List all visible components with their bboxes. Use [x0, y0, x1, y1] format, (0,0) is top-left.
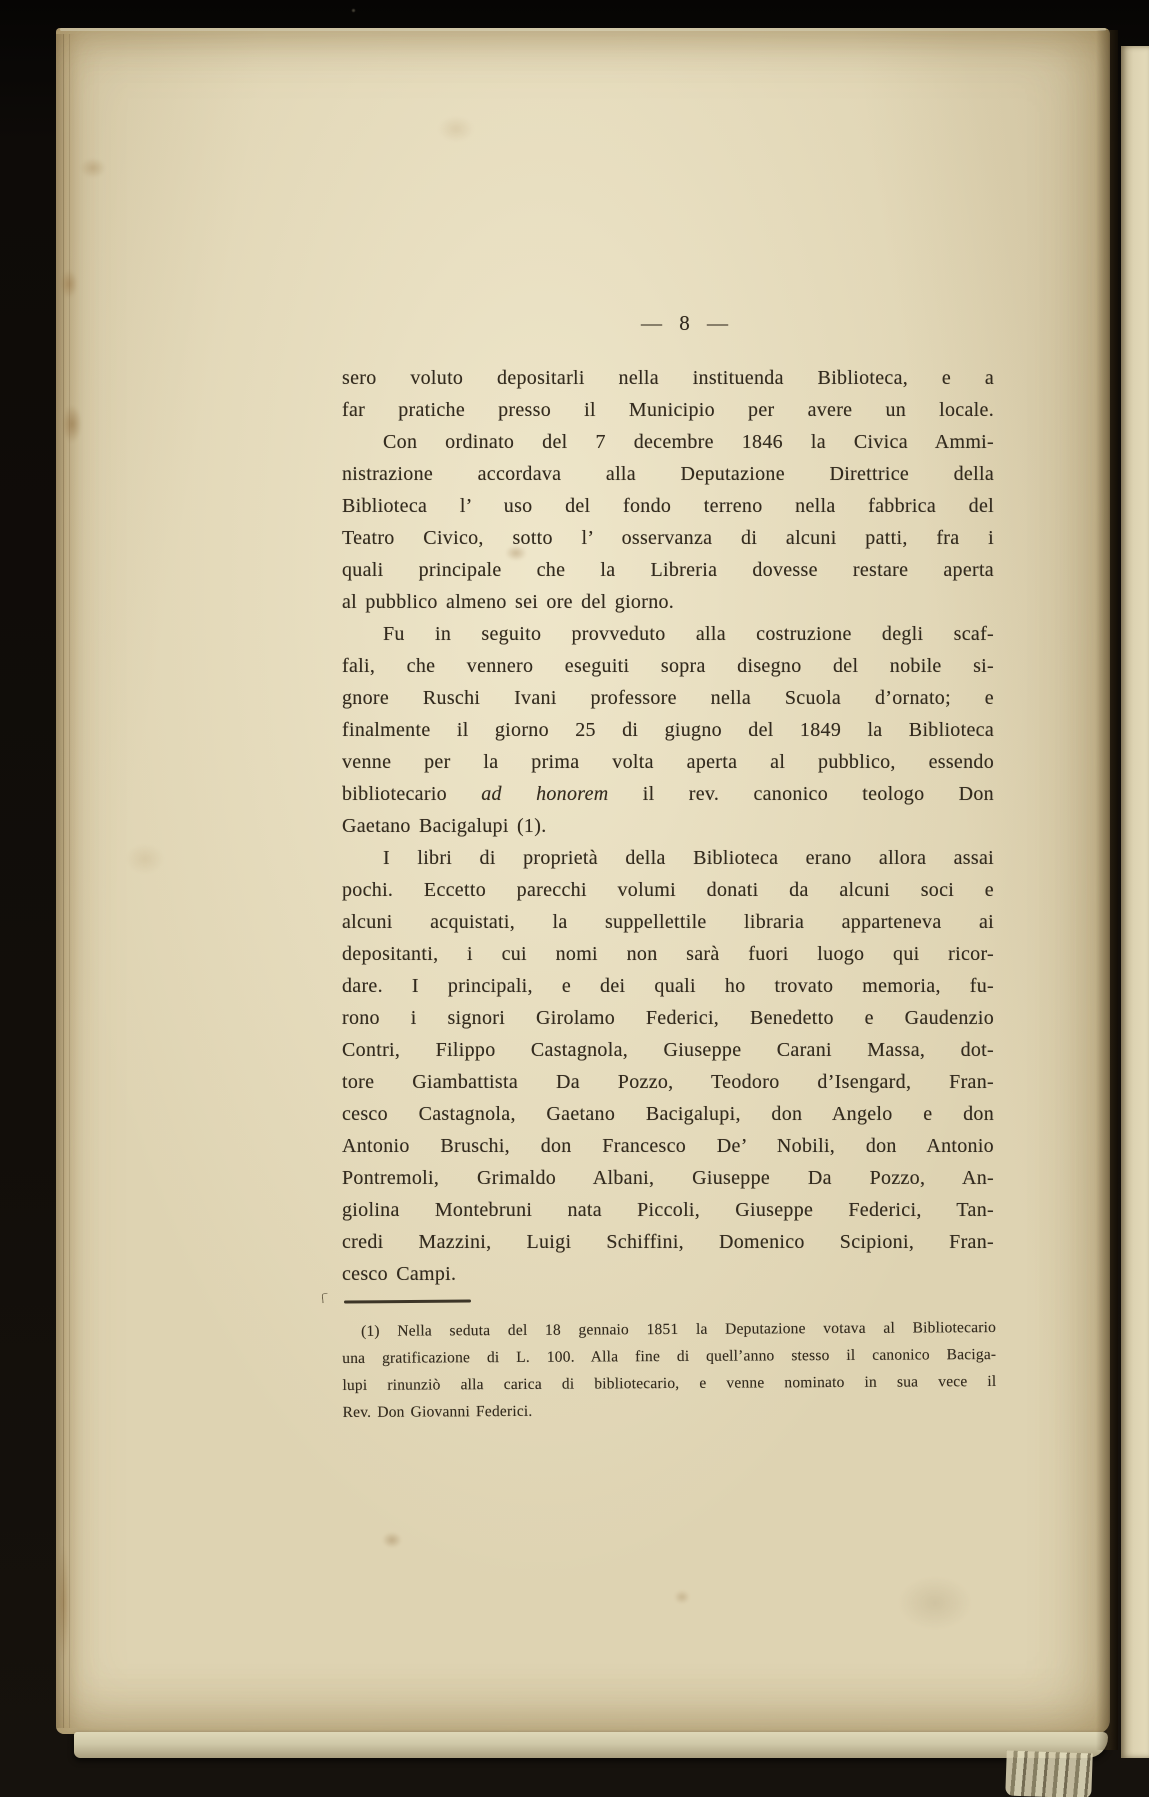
body-line: cesco Castagnola, Gaetano Bacigalupi, do… [342, 1098, 994, 1130]
footnote-line: lupi rinunziò alla carica di bibliotecar… [342, 1368, 996, 1399]
body-line: Teatro Civico, sotto l’ osservanza di al… [342, 522, 994, 554]
stain [60, 270, 78, 298]
footnote-line: (1) Nella seduta del 18 gennaio 1851 la … [342, 1314, 996, 1345]
page-bottom-edge-stack [74, 1732, 1108, 1758]
gutter-shadow [1096, 30, 1118, 1750]
stain [898, 1576, 972, 1630]
stain [80, 158, 106, 178]
body-line-text: il rev. canonico teologo Don [609, 783, 994, 805]
body-line: Biblioteca l’ uso del fondo terreno nell… [342, 490, 994, 522]
body-line: Contri, Filippo Castagnola, Giuseppe Car… [342, 1034, 994, 1066]
body-line: gnore Ruschi Ivani professore nella Scuo… [342, 682, 994, 714]
body-line: pochi. Eccetto parecchi volumi donati da… [342, 874, 994, 906]
stray-ink-mark [321, 1293, 328, 1304]
body-line: far pratiche presso il Municipio per ave… [342, 394, 994, 426]
body-line: dare. I principali, e dei quali ho trova… [342, 970, 994, 1002]
adjacent-page-edge [1121, 46, 1149, 1758]
scanned-book-photo: — 8 — sero voluto depositarli nella inst… [0, 0, 1149, 1797]
binding-threads [1005, 1751, 1093, 1797]
body-line: Fu in seguito provveduto alla costruzion… [342, 618, 994, 650]
body-line: tore Giambattista Da Pozzo, Teodoro d’Is… [342, 1066, 994, 1098]
stain [674, 1590, 690, 1604]
body-line: venne per la prima volta aperta al pubbl… [342, 746, 994, 778]
footnote: (1) Nella seduta del 18 gennaio 1851 la … [342, 1314, 997, 1426]
stain [126, 844, 164, 874]
stain [382, 1532, 402, 1548]
footnote-line: una gratificazione di L. 100. Alla fine … [342, 1341, 996, 1372]
page-number: — 8 — [342, 311, 994, 336]
body-line: rono i signori Girolamo Federici, Benede… [342, 1002, 994, 1034]
body-line: nistrazione accordava alla Deputazione D… [342, 458, 994, 490]
stain [62, 405, 82, 443]
page-top-edge [60, 28, 1106, 31]
dust-speck [352, 9, 355, 12]
body-line: al pubblico almeno sei ore del giorno. [342, 586, 994, 618]
body-line: Antonio Bruschi, don Francesco De’ Nobil… [342, 1130, 994, 1162]
body-line: alcuni acquistati, la suppellettile libr… [342, 906, 994, 938]
body-line: quali principale che la Libreria dovesse… [342, 554, 994, 586]
body-line: fali, che vennero eseguiti sopra disegno… [342, 650, 994, 682]
body-line: cesco Campi. [342, 1258, 994, 1290]
body-line: Con ordinato del 7 decembre 1846 la Civi… [342, 426, 994, 458]
body-line: depositanti, i cui nomi non sarà fuori l… [342, 938, 994, 970]
body-line-text: bibliotecario [342, 783, 481, 805]
stain [56, 1545, 70, 1660]
body-text: sero voluto depositarli nella instituend… [342, 362, 994, 1290]
body-line: I libri di proprietà della Biblioteca er… [342, 842, 994, 874]
body-line: Gaetano Bacigalupi (1). [342, 810, 994, 842]
body-line: sero voluto depositarli nella instituend… [342, 362, 994, 394]
body-line: credi Mazzini, Luigi Schiffini, Domenico… [342, 1226, 994, 1258]
body-line: bibliotecario ad honorem il rev. canonic… [342, 778, 994, 810]
body-line: giolina Montebruni nata Piccoli, Giusepp… [342, 1194, 994, 1226]
stain [438, 116, 474, 142]
body-line: Pontremoli, Grimaldo Albani, Giuseppe Da… [342, 1162, 994, 1194]
body-line: finalmente il giorno 25 di giugno del 18… [342, 714, 994, 746]
footnote-line: Rev. Don Giovanni Federici. [342, 1395, 996, 1426]
latin-phrase: ad honorem [481, 783, 608, 805]
